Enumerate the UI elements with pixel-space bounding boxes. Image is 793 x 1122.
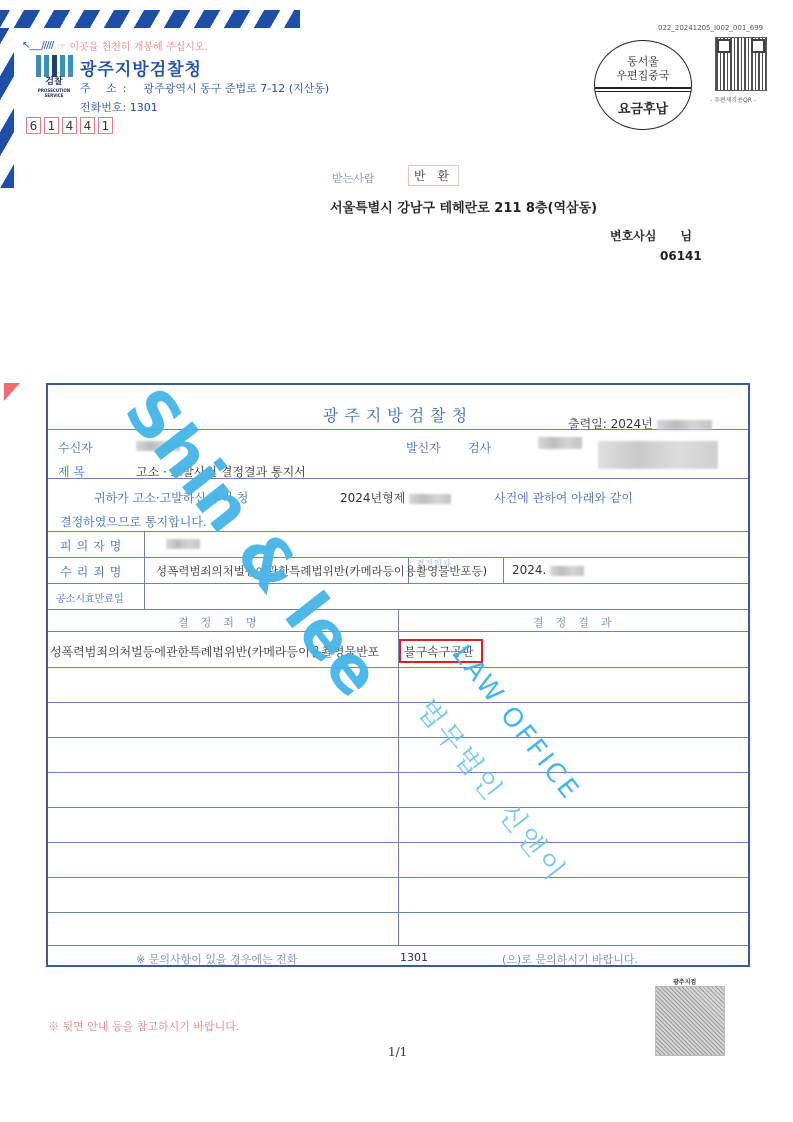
logo-bars-icon bbox=[30, 55, 78, 77]
zip-digit: 4 bbox=[62, 117, 77, 134]
subject-label: 제 목 bbox=[58, 463, 85, 480]
footer-tel: 1301 bbox=[400, 951, 428, 964]
footer-text-2: (으)로 문의하시기 바랍니다. bbox=[502, 951, 638, 967]
stamp-line-1: 동서울 bbox=[595, 55, 691, 69]
redacted-suspect bbox=[166, 539, 200, 549]
zip-digit: 1 bbox=[44, 117, 59, 134]
recipient-name: 변호사심님 bbox=[610, 227, 692, 244]
address-label: 주 소: bbox=[80, 80, 140, 96]
recipient-zip: 06141 bbox=[660, 249, 702, 263]
recipient-name-text: 변호사심 bbox=[610, 229, 656, 243]
qr-caption: - 우편제작용QR - bbox=[710, 95, 756, 104]
page-number: 1/1 bbox=[388, 1045, 407, 1059]
recipient-honorific: 님 bbox=[680, 229, 692, 243]
case-number: 2024년형제 bbox=[340, 489, 451, 506]
phone-value: 1301 bbox=[130, 101, 158, 114]
charge-label: 수리죄명 bbox=[60, 563, 126, 580]
printed-date-label: 출력일: 2024년 bbox=[568, 417, 653, 431]
sender-field-label: 발신자 bbox=[406, 439, 441, 456]
suspect-label: 피의자명 bbox=[60, 537, 126, 554]
zip-digit: 6 bbox=[26, 117, 41, 134]
open-hint: ↖___///// ☞ 이곳을 천천히 개봉해 주십시오. bbox=[22, 38, 208, 53]
return-mark: 반 환 bbox=[408, 165, 459, 186]
decision-date-value: 2024. bbox=[512, 563, 584, 577]
airmail-stripes-top bbox=[0, 10, 300, 28]
address-value: 광주광역시 동구 준법로 7-12 (지산동) bbox=[144, 82, 330, 95]
decision-date-year: 2024. bbox=[512, 563, 546, 577]
qr-code-icon bbox=[716, 38, 766, 90]
document-code: 022_20241205_I002_001_699 bbox=[658, 24, 763, 32]
zip-digit: 1 bbox=[98, 117, 113, 134]
sender-name: 광주지방검찰청 bbox=[80, 55, 202, 80]
stamp-line-2: 우편집중국 bbox=[595, 69, 691, 83]
redacted-prosecutor bbox=[538, 437, 582, 449]
redacted-decision-date bbox=[550, 566, 584, 576]
decision-date-label: 결정일자 bbox=[416, 557, 451, 570]
fold-corner-mark bbox=[4, 383, 20, 401]
sender-phone: 전화번호: 1301 bbox=[80, 99, 158, 115]
redacted-case-number bbox=[409, 494, 451, 504]
sender-zip: 6 1 4 4 1 bbox=[26, 117, 113, 134]
stamp-postage-text: 요금후납 bbox=[595, 98, 691, 117]
col-header-result: 결정결과 bbox=[533, 614, 624, 630]
sender-address: 주 소: 광주광역시 동구 준법로 7-12 (지산동) bbox=[80, 80, 329, 96]
seal-label: 광주지검 bbox=[673, 977, 696, 986]
phone-label: 전화번호: bbox=[80, 101, 126, 114]
open-hint-text: ☞ 이곳을 천천히 개봉해 주십시오. bbox=[57, 38, 207, 53]
back-page-note: ※ 뒷면 안내 등을 참고하시기 바랍니다. bbox=[48, 1018, 239, 1034]
statute-limit-label: 공소시효만료일 bbox=[56, 590, 124, 605]
logo-name: 검찰 bbox=[30, 77, 78, 88]
logo-subtitle: PROSECUTION SERVICE bbox=[30, 88, 78, 98]
footer-text-1: ※ 문의사항이 있을 경우에는 전화 bbox=[136, 951, 297, 967]
verification-code-icon bbox=[655, 986, 725, 1056]
notice-text-2: 사건에 관하여 아래와 같이 bbox=[494, 489, 633, 506]
col-header-charge: 결정죄명 bbox=[178, 614, 269, 630]
redacted-seal bbox=[598, 441, 718, 469]
postage-stamp: 동서울 우편집중국 요금후납 bbox=[594, 40, 692, 130]
recipient-field-label: 수신자 bbox=[58, 439, 93, 456]
airmail-stripes-left bbox=[0, 28, 14, 188]
prosecutor-label: 검사 bbox=[468, 439, 491, 456]
zip-digit: 4 bbox=[80, 117, 95, 134]
printed-date: 출력일: 2024년 bbox=[568, 415, 712, 432]
recipient-address: 서울특별시 강남구 테헤란로 211 8층(역삼동) bbox=[330, 197, 597, 216]
case-number-prefix: 2024년형제 bbox=[340, 491, 405, 505]
recipient-label: 받는사람 bbox=[332, 170, 375, 186]
redacted-date bbox=[657, 420, 712, 430]
prosecution-logo: 검찰 PROSECUTION SERVICE bbox=[30, 55, 78, 98]
tear-arrow-icon: ↖___///// bbox=[22, 40, 53, 51]
